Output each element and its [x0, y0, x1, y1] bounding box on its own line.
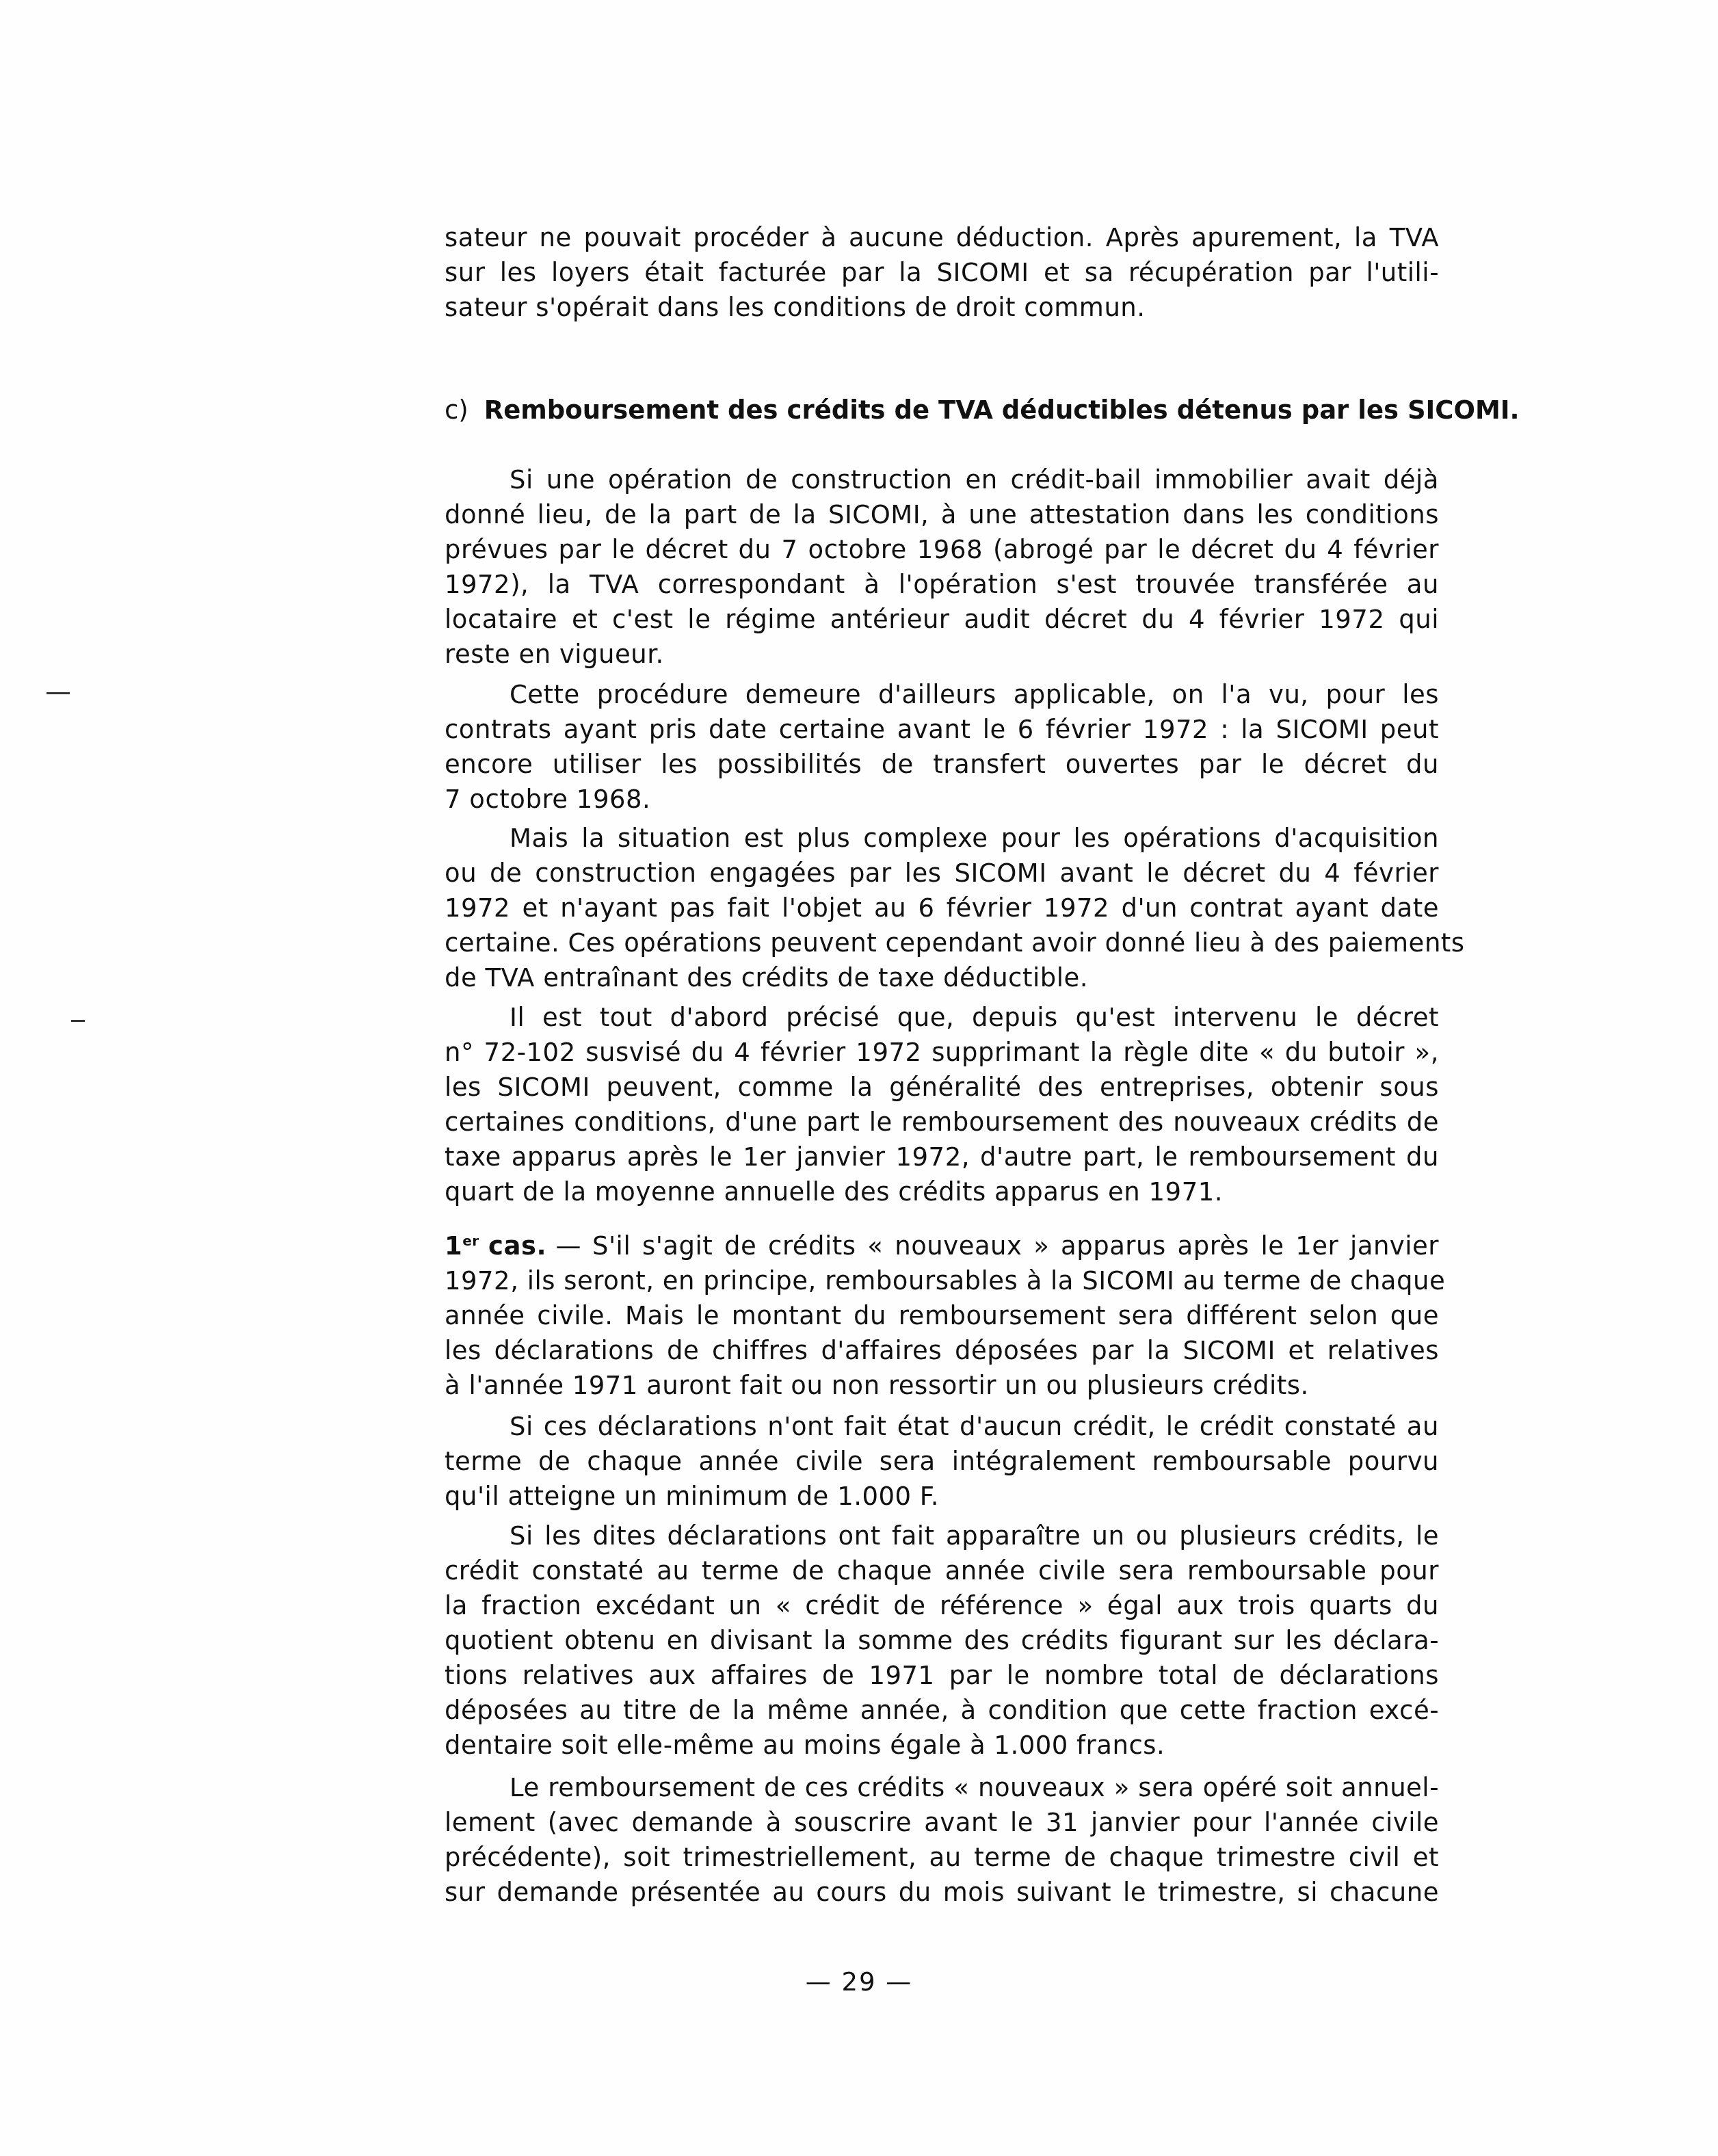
paragraph: Le remboursement de ces crédits « nouvea…	[445, 1770, 1439, 1910]
text-line: Si ces déclarations n'ont fait état d'au…	[445, 1409, 1439, 1444]
text-line: contrats ayant pris date certaine avant …	[445, 712, 1439, 747]
scan-artifact-mark	[71, 1020, 85, 1022]
text-line: taxe apparus après le 1er janvier 1972, …	[445, 1140, 1439, 1174]
text-line: Le remboursement de ces crédits « nouvea…	[445, 1770, 1439, 1805]
text-line: Si une opération de construction en créd…	[445, 462, 1439, 497]
text-line: certaines conditions, d'une part le remb…	[445, 1105, 1439, 1140]
paragraph: Il est tout d'abord précisé que, depuis …	[445, 1000, 1439, 1209]
text-line: lement (avec demande à souscrire avant l…	[445, 1805, 1439, 1840]
section-marker: c)	[445, 395, 468, 425]
text-line: qu'il atteigne un minimum de 1.000 F.	[445, 1479, 1439, 1514]
text-line: quotient obtenu en divisant la somme des…	[445, 1623, 1439, 1658]
case-label: 1er cas. —	[445, 1228, 581, 1263]
section-heading: c) Remboursement des crédits de TVA dédu…	[445, 393, 1439, 428]
text-line: n° 72-102 susvisé du 4 février 1972 supp…	[445, 1035, 1439, 1070]
text-line: 1972, ils seront, en principe, remboursa…	[445, 1263, 1439, 1298]
text-line: dentaire soit elle-même au moins égale à…	[445, 1728, 1439, 1763]
text-line: encore utiliser les possibilités de tran…	[445, 747, 1439, 782]
text-line: les déclarations de chiffres d'affaires …	[445, 1333, 1439, 1368]
document-page: sateur ne pouvait procéder à aucune dédu…	[0, 0, 1718, 2156]
paragraph: Si les dites déclarations ont fait appar…	[445, 1519, 1439, 1763]
text-line: locataire et c'est le régime antérieur a…	[445, 602, 1439, 637]
text-line: terme de chaque année civile sera intégr…	[445, 1444, 1439, 1479]
text-line: crédit constaté au terme de chaque année…	[445, 1553, 1439, 1588]
text-line: sateur ne pouvait procéder à aucune dédu…	[445, 220, 1439, 255]
opening-paragraph: sateur ne pouvait procéder à aucune dédu…	[445, 220, 1439, 325]
text-line: quart de la moyenne annuelle des crédits…	[445, 1174, 1439, 1209]
text-line: sateur s'opérait dans les conditions de …	[445, 290, 1439, 325]
scan-artifact-mark	[47, 692, 70, 694]
paragraph: Cette procédure demeure d'ailleurs appli…	[445, 677, 1439, 817]
text-line: précédente), soit trimestriellement, au …	[445, 1840, 1439, 1875]
text-line: 1972), la TVA correspondant à l'opératio…	[445, 567, 1439, 602]
text-line: ou de construction engagées par les SICO…	[445, 856, 1439, 891]
case-one-paragraph: 1er cas. — S'il s'agit de crédits « nouv…	[445, 1228, 1439, 1403]
text-line: reste en vigueur.	[445, 637, 1439, 672]
text-line: Mais la situation est plus complexe pour…	[445, 821, 1439, 856]
text-line: la fraction excédant un « crédit de réfé…	[445, 1588, 1439, 1623]
paragraph: Si une opération de construction en créd…	[445, 462, 1439, 672]
text-line: déposées au titre de la même année, à co…	[445, 1693, 1439, 1728]
text-line: 1er cas. — S'il s'agit de crédits « nouv…	[445, 1228, 1439, 1263]
text-line: prévues par le décret du 7 octobre 1968 …	[445, 532, 1439, 567]
text-line: certaine. Ces opérations peuvent cependa…	[445, 925, 1439, 960]
text-line: 7 octobre 1968.	[445, 782, 1439, 817]
text-line: Cette procédure demeure d'ailleurs appli…	[445, 677, 1439, 712]
paragraph: Mais la situation est plus complexe pour…	[445, 821, 1439, 995]
page-number: — 29 —	[0, 1967, 1718, 1997]
text-line: donné lieu, de la part de la SICOMI, à u…	[445, 497, 1439, 532]
paragraph: Si ces déclarations n'ont fait état d'au…	[445, 1409, 1439, 1514]
section-title: Remboursement des crédits de TVA déducti…	[484, 395, 1520, 425]
text-line: tions relatives aux affaires de 1971 par…	[445, 1658, 1439, 1693]
text-line: à l'année 1971 auront fait ou non ressor…	[445, 1368, 1439, 1403]
text-line: année civile. Mais le montant du rembour…	[445, 1298, 1439, 1333]
text-line: sur les loyers était facturée par la SIC…	[445, 255, 1439, 290]
text-line: Il est tout d'abord précisé que, depuis …	[445, 1000, 1439, 1035]
text-line: de TVA entraînant des crédits de taxe dé…	[445, 960, 1439, 995]
text-line: Si les dites déclarations ont fait appar…	[445, 1519, 1439, 1553]
case-text: S'il s'agit de crédits « nouveaux » appa…	[592, 1228, 1439, 1263]
text-line: les SICOMI peuvent, comme la généralité …	[445, 1070, 1439, 1105]
text-line: 1972 et n'ayant pas fait l'objet au 6 fé…	[445, 891, 1439, 925]
text-line: sur demande présentée au cours du mois s…	[445, 1875, 1439, 1910]
